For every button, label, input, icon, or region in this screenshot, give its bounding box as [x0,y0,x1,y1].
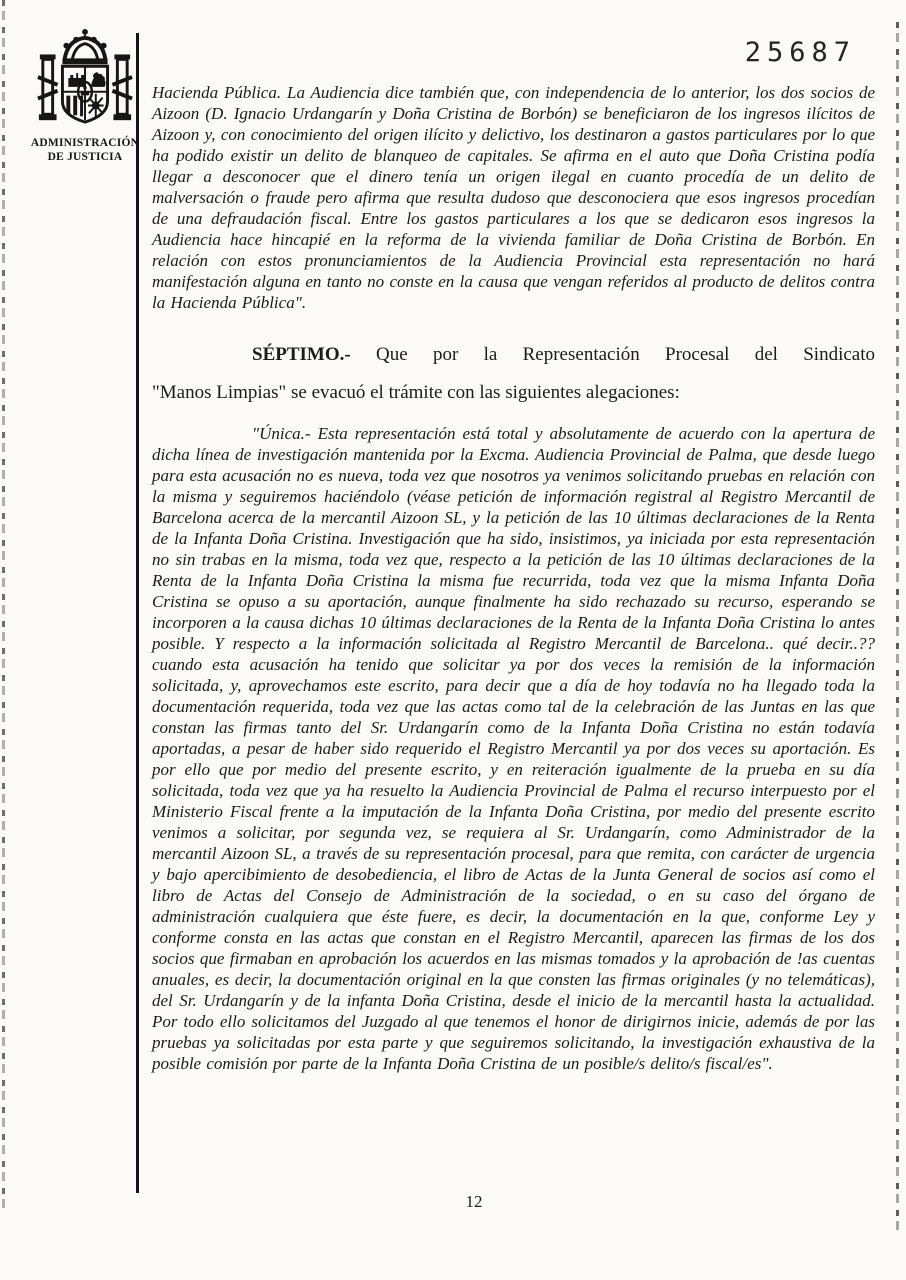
scanned-court-document-page: ADMINISTRACIÓN DE JUSTICIA 25687 Haciend… [0,0,906,1280]
section-heading-text: Que por la Representación Procesal del S… [376,344,875,365]
scan-edge-artifact-left [2,0,5,1215]
folio-number: 25687 [745,37,856,68]
section-heading-label: SÉPTIMO.- [252,344,351,365]
section-heading-septimo: SÉPTIMO.- Que por la Representación Proc… [152,340,875,370]
margin-divider-rule [136,33,139,1193]
paragraph-manos-limpias-quote: "Única.- Esta representación está total … [152,423,875,1074]
justice-administration-letterhead: ADMINISTRACIÓN DE JUSTICIA [30,26,140,164]
org-name-line1: ADMINISTRACIÓN [30,137,140,151]
section-heading-continuation: "Manos Limpias" se evacuó el trámite con… [152,378,875,408]
spain-coat-of-arms-icon [34,26,136,130]
org-name-line2: DE JUSTICIA [30,151,140,165]
paragraph-audiencia-quote: Hacienda Pública. La Audiencia dice tamb… [152,82,875,313]
page-number: 12 [466,1192,483,1212]
scan-edge-artifact-right [896,22,899,1234]
document-body: Hacienda Pública. La Audiencia dice tamb… [152,82,875,1074]
